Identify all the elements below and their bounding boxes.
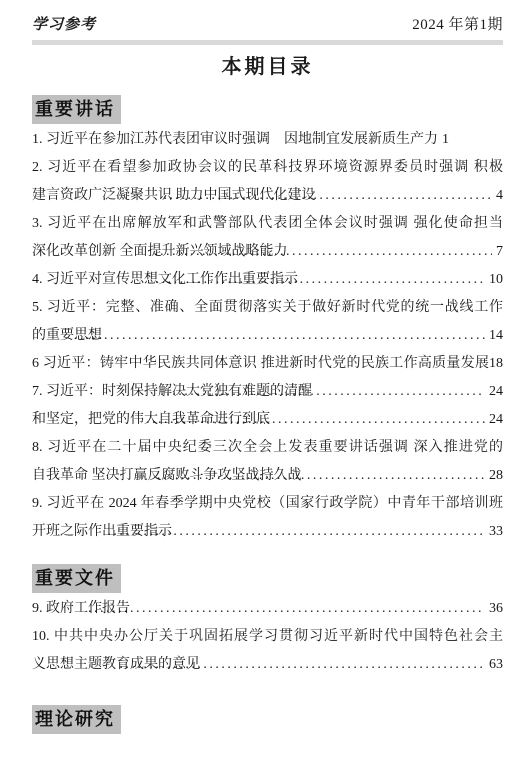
- dot-leader: [160, 378, 485, 406]
- dot-leader: [119, 651, 485, 679]
- toc-entry-text: 9. 政府工作报告: [32, 595, 86, 623]
- journal-title: 学习参考: [32, 14, 96, 36]
- toc-entry: 10. 中共中央办公厅关于巩固拓展学习贯彻习近平新时代中国特色社会主: [32, 623, 503, 651]
- page-number: 36: [485, 595, 503, 623]
- toc-entry-text: 的重要思想: [32, 322, 72, 350]
- dot-leader: [157, 462, 485, 490]
- toc-entry: 深化改革创新 全面提升新兴领域战略能力7: [32, 238, 503, 266]
- page-number: 63: [485, 651, 503, 679]
- toc-entry-text: 6 习近平：铸牢中华民族共同体意识 推进新时代党的民族工作高质量发展: [32, 350, 489, 378]
- toc-entry: 和坚定，把党的伟大自我革命进行到底24: [32, 406, 503, 434]
- page-number: 24: [485, 378, 503, 406]
- toc-entry-text: 2. 习近平在看望参加政协会议的民革科技界环境资源界委员时强调 积极: [32, 154, 503, 182]
- page-number: 4: [492, 182, 503, 210]
- header-rule: [32, 40, 503, 45]
- toc-entry-text: 3. 习近平在出席解放军和武警部队代表团全体会议时强调 强化使命担当: [32, 210, 503, 238]
- toc-entry: 9. 政府工作报告36: [32, 595, 503, 623]
- page-header: 学习参考 2024 年第1期: [32, 14, 503, 36]
- page-number: 14: [485, 322, 503, 350]
- toc-entry-text: 深化改革创新 全面提升新兴领域战略能力: [32, 238, 152, 266]
- dot-leader: [154, 238, 492, 266]
- toc-entry: 9. 习近平在 2024 年春季学期中央党校（国家行政学院）中青年干部培训班: [32, 490, 503, 518]
- toc-entry-text: 和坚定，把党的伟大自我革命进行到底: [32, 406, 144, 434]
- section-heading: 理论研究: [32, 705, 121, 734]
- toc-entry-text: 9. 习近平在 2024 年春季学期中央党校（国家行政学院）中青年干部培训班: [32, 490, 503, 518]
- toc-section: 理论研究: [32, 705, 503, 734]
- dot-leader: [88, 595, 485, 623]
- toc-entry-list: 9. 政府工作报告3610. 中共中央办公厅关于巩固拓展学习贯彻习近平新时代中国…: [32, 595, 503, 679]
- toc-section: 重要讲话1. 习近平在参加江苏代表团审议时强调 因地制宜发展新质生产力12. 习…: [32, 95, 503, 546]
- section-heading: 重要文件: [32, 564, 121, 593]
- toc-section: 重要文件9. 政府工作报告3610. 中共中央办公厅关于巩固拓展学习贯彻习近平新…: [32, 564, 503, 679]
- toc-entry-text: 1. 习近平在参加江苏代表团审议时强调 因地制宜发展新质生产力: [32, 126, 438, 154]
- page-number: 33: [485, 518, 503, 546]
- toc-entry: 的重要思想14: [32, 322, 503, 350]
- dot-leader: [74, 322, 485, 350]
- page-number: 7: [492, 238, 503, 266]
- page-number: 18: [489, 350, 503, 378]
- toc-entry-text: 自我革命 坚决打赢反腐败斗争攻坚战持久战: [32, 462, 155, 490]
- toc-entry: 2. 习近平在看望参加政协会议的民革科技界环境资源界委员时强调 积极: [32, 154, 503, 182]
- dot-leader: [146, 406, 485, 434]
- issue-label: 2024 年第1期: [412, 14, 503, 36]
- toc-entry: 义思想主题教育成果的意见63: [32, 651, 503, 679]
- page-number: 1: [438, 126, 449, 154]
- section-heading: 重要讲话: [32, 95, 121, 124]
- toc-entry: 3. 习近平在出席解放军和武警部队代表团全体会议时强调 强化使命担当: [32, 210, 503, 238]
- toc-entry-text: 义思想主题教育成果的意见: [32, 651, 117, 679]
- toc-entry-text: 建言资政广泛凝聚共识 助力中国式现代化建设: [32, 182, 161, 210]
- dot-leader: [163, 182, 492, 210]
- document-page: 学习参考 2024 年第1期 本期目录 重要讲话1. 习近平在参加江苏代表团审议…: [0, 0, 524, 779]
- toc-entry: 8. 习近平在二十届中央纪委三次全会上发表重要讲话强调 深入推进党的: [32, 434, 503, 462]
- toc-entry-text: 8. 习近平在二十届中央纪委三次全会上发表重要讲话强调 深入推进党的: [32, 434, 503, 462]
- dot-leader: [156, 266, 485, 294]
- toc-entry-text: 10. 中共中央办公厅关于巩固拓展学习贯彻习近平新时代中国特色社会主: [32, 623, 503, 651]
- toc-entry-list: 1. 习近平在参加江苏代表团审议时强调 因地制宜发展新质生产力12. 习近平在看…: [32, 126, 503, 546]
- page-number: 10: [485, 266, 503, 294]
- toc-entry: 开班之际作出重要指示33: [32, 518, 503, 546]
- toc-entry: 5. 习近平：完整、准确、全面贯彻落实关于做好新时代党的统一战线工作: [32, 294, 503, 322]
- page-number: 28: [485, 462, 503, 490]
- toc-entry: 4. 习近平对宣传思想文化工作作出重要指示10: [32, 266, 503, 294]
- toc-entry-text: 4. 习近平对宣传思想文化工作作出重要指示: [32, 266, 154, 294]
- toc-entry: 7. 习近平：时刻保持解决大党独有难题的清醒24: [32, 378, 503, 406]
- page-number: 24: [485, 406, 503, 434]
- toc-sections: 重要讲话1. 习近平在参加江苏代表团审议时强调 因地制宜发展新质生产力12. 习…: [32, 95, 503, 734]
- toc-entry: 1. 习近平在参加江苏代表团审议时强调 因地制宜发展新质生产力1: [32, 126, 503, 154]
- toc-entry-text: 7. 习近平：时刻保持解决大党独有难题的清醒: [32, 378, 158, 406]
- toc-entry-text: 5. 习近平：完整、准确、全面贯彻落实关于做好新时代党的统一战线工作: [32, 294, 503, 322]
- toc-entry: 建言资政广泛凝聚共识 助力中国式现代化建设4: [32, 182, 503, 210]
- toc-entry: 自我革命 坚决打赢反腐败斗争攻坚战持久战28: [32, 462, 503, 490]
- dot-leader: [107, 518, 485, 546]
- toc-entry: 6 习近平：铸牢中华民族共同体意识 推进新时代党的民族工作高质量发展18: [32, 350, 503, 378]
- page-title: 本期目录: [32, 53, 503, 81]
- toc-entry-text: 开班之际作出重要指示: [32, 518, 105, 546]
